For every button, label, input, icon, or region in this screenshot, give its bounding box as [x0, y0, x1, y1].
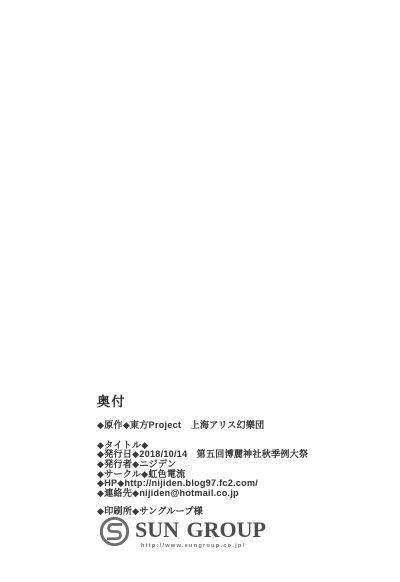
printer-logo-text: SUN GROUP http://www.sungroup.co.jp/ [135, 519, 266, 549]
printer-logo-url: http://www.sungroup.co.jp/ [135, 543, 266, 549]
colophon-line-publisher: ◆発行者◆ニジデン [97, 459, 176, 469]
printer-logo: SUN GROUP http://www.sungroup.co.jp/ [99, 515, 266, 549]
colophon-line-original-work: ◆原作◆東方Project 上海アリス幻樂団 [97, 420, 264, 430]
printer-logo-wordmark: SUN GROUP [135, 519, 266, 541]
colophon-line-circle: ◆サークル◆虹色電流 [97, 469, 186, 479]
page-title: 奥付 [97, 394, 126, 409]
colophon-line-contact: ◆連絡先◆nijiden@hotmail.co.jp [97, 488, 239, 498]
colophon-page: 奥付 ◆原作◆東方Project 上海アリス幻樂団 ◆タイトル◆ ◆発行日◆20… [0, 0, 400, 582]
colophon-line-printer: ◆印刷所◆サングループ様 [97, 506, 203, 516]
sun-group-s-emblem-icon [99, 516, 130, 547]
colophon-line-publish-date: ◆発行日◆2018/10/14 第五回博麗神社秋季例大祭 [97, 449, 308, 459]
colophon-line-title: ◆タイトル◆ [97, 440, 148, 450]
colophon-line-homepage: ◆HP◆http://nijiden.blog97.fc2.com/ [97, 478, 258, 488]
